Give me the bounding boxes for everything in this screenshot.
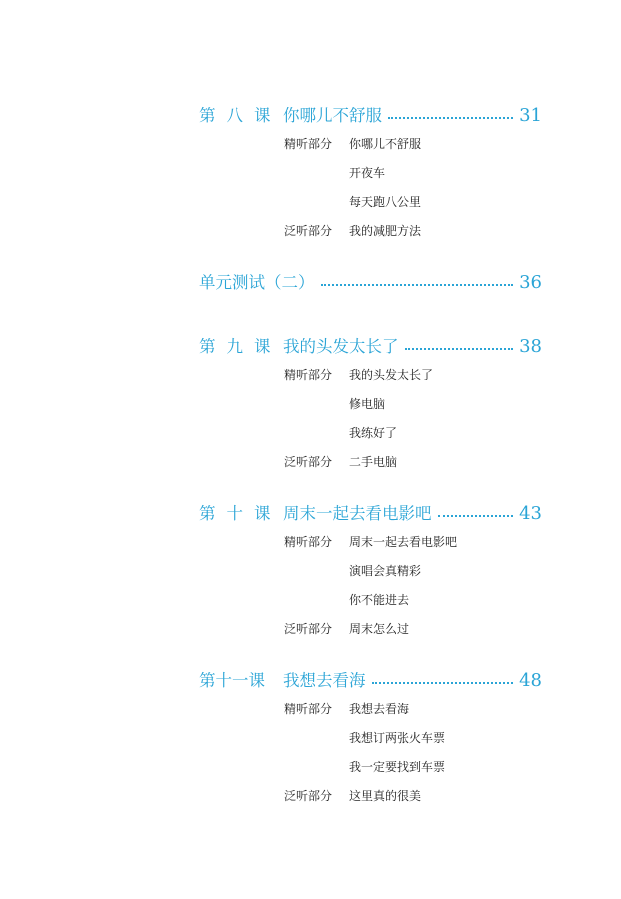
part-label: 精听部分 [284, 533, 349, 551]
page-number: 38 [519, 336, 542, 358]
toc-subitem[interactable]: 泛听部分周末怎么过 [284, 620, 409, 638]
subitem-title: 这里真的很美 [349, 787, 421, 805]
lesson-number-char: 第 [199, 336, 216, 358]
lesson-number: 第十课 [199, 503, 283, 525]
page-number: 31 [519, 105, 542, 127]
toc-subitem[interactable]: 开夜车 [284, 164, 385, 182]
page-number: 43 [519, 503, 542, 525]
page-number: 48 [519, 670, 542, 692]
lesson-number-char: 第 [199, 503, 216, 525]
toc-subitem[interactable]: 精听部分周末一起去看电影吧 [284, 533, 457, 551]
lesson-number-char: 课 [254, 336, 271, 358]
dot-leader [438, 503, 514, 525]
subitem-title: 我一定要找到车票 [349, 758, 445, 776]
toc-subitem[interactable]: 精听部分我想去看海 [284, 700, 409, 718]
test-title: 单元测试（二） [199, 272, 315, 294]
toc-subitem[interactable]: 我一定要找到车票 [284, 758, 445, 776]
part-label: 精听部分 [284, 135, 349, 153]
lesson-number: 第九课 [199, 336, 283, 358]
subitem-title: 开夜车 [349, 164, 385, 182]
subitem-title: 我想去看海 [349, 700, 409, 718]
lesson-number-char: 第 [199, 105, 216, 127]
lesson-number: 第十一课 [199, 670, 283, 692]
subitem-title: 二手电脑 [349, 453, 397, 471]
toc-subitem[interactable]: 修电脑 [284, 395, 385, 413]
part-label: 泛听部分 [284, 453, 349, 471]
toc-entry-lesson-9[interactable]: 第九课 我的头发太长了 38 [199, 336, 542, 358]
subitem-title: 周末怎么过 [349, 620, 409, 638]
subitem-title: 我的减肥方法 [349, 222, 421, 240]
part-label: 泛听部分 [284, 620, 349, 638]
lesson-number-char: 十 [227, 503, 244, 525]
lesson-number-char: 八 [227, 105, 244, 127]
lesson-title: 你哪儿不舒服 [283, 105, 382, 127]
dot-leader [405, 336, 514, 358]
toc-subitem[interactable]: 每天跑八公里 [284, 193, 421, 211]
subitem-title: 我的头发太长了 [349, 366, 433, 384]
toc-subitem[interactable]: 泛听部分我的减肥方法 [284, 222, 421, 240]
toc-subitem[interactable]: 我想订两张火车票 [284, 729, 445, 747]
dot-leader [372, 670, 514, 692]
toc-entry-lesson-10[interactable]: 第十课 周末一起去看电影吧 43 [199, 503, 542, 525]
toc-subitem[interactable]: 我练好了 [284, 424, 397, 442]
toc-subitem[interactable]: 你不能进去 [284, 591, 409, 609]
lesson-number: 第八课 [199, 105, 283, 127]
toc-entry-lesson-11[interactable]: 第十一课 我想去看海 48 [199, 670, 542, 692]
lesson-title: 周末一起去看电影吧 [283, 503, 432, 525]
lesson-number-char: 课 [254, 105, 271, 127]
subitem-title: 你不能进去 [349, 591, 409, 609]
lesson-title: 我想去看海 [283, 670, 366, 692]
subitem-title: 演唱会真精彩 [349, 562, 421, 580]
toc-subitem[interactable]: 精听部分我的头发太长了 [284, 366, 433, 384]
part-label: 精听部分 [284, 700, 349, 718]
toc-subitem[interactable]: 泛听部分这里真的很美 [284, 787, 421, 805]
page-number: 36 [519, 272, 542, 294]
toc-subitem[interactable]: 泛听部分二手电脑 [284, 453, 397, 471]
subitem-title: 每天跑八公里 [349, 193, 421, 211]
lesson-number-char: 课 [254, 503, 271, 525]
part-label: 泛听部分 [284, 222, 349, 240]
toc-entry-unit-test-2[interactable]: 单元测试（二） 36 [199, 272, 542, 294]
dot-leader [388, 105, 513, 127]
lesson-number-char: 九 [227, 336, 244, 358]
part-label: 精听部分 [284, 366, 349, 384]
part-label: 泛听部分 [284, 787, 349, 805]
dot-leader [321, 272, 514, 294]
toc-subitem[interactable]: 精听部分你哪儿不舒服 [284, 135, 421, 153]
toc-subitem[interactable]: 演唱会真精彩 [284, 562, 421, 580]
toc-entry-lesson-8[interactable]: 第八课 你哪儿不舒服 31 [199, 105, 542, 127]
lesson-title: 我的头发太长了 [283, 336, 399, 358]
subitem-title: 我练好了 [349, 424, 397, 442]
subitem-title: 修电脑 [349, 395, 385, 413]
table-of-contents-page: 第八课 你哪儿不舒服 31 精听部分你哪儿不舒服 开夜车 每天跑八公里 泛听部分… [0, 0, 621, 899]
subitem-title: 我想订两张火车票 [349, 729, 445, 747]
subitem-title: 你哪儿不舒服 [349, 135, 421, 153]
subitem-title: 周末一起去看电影吧 [349, 533, 457, 551]
